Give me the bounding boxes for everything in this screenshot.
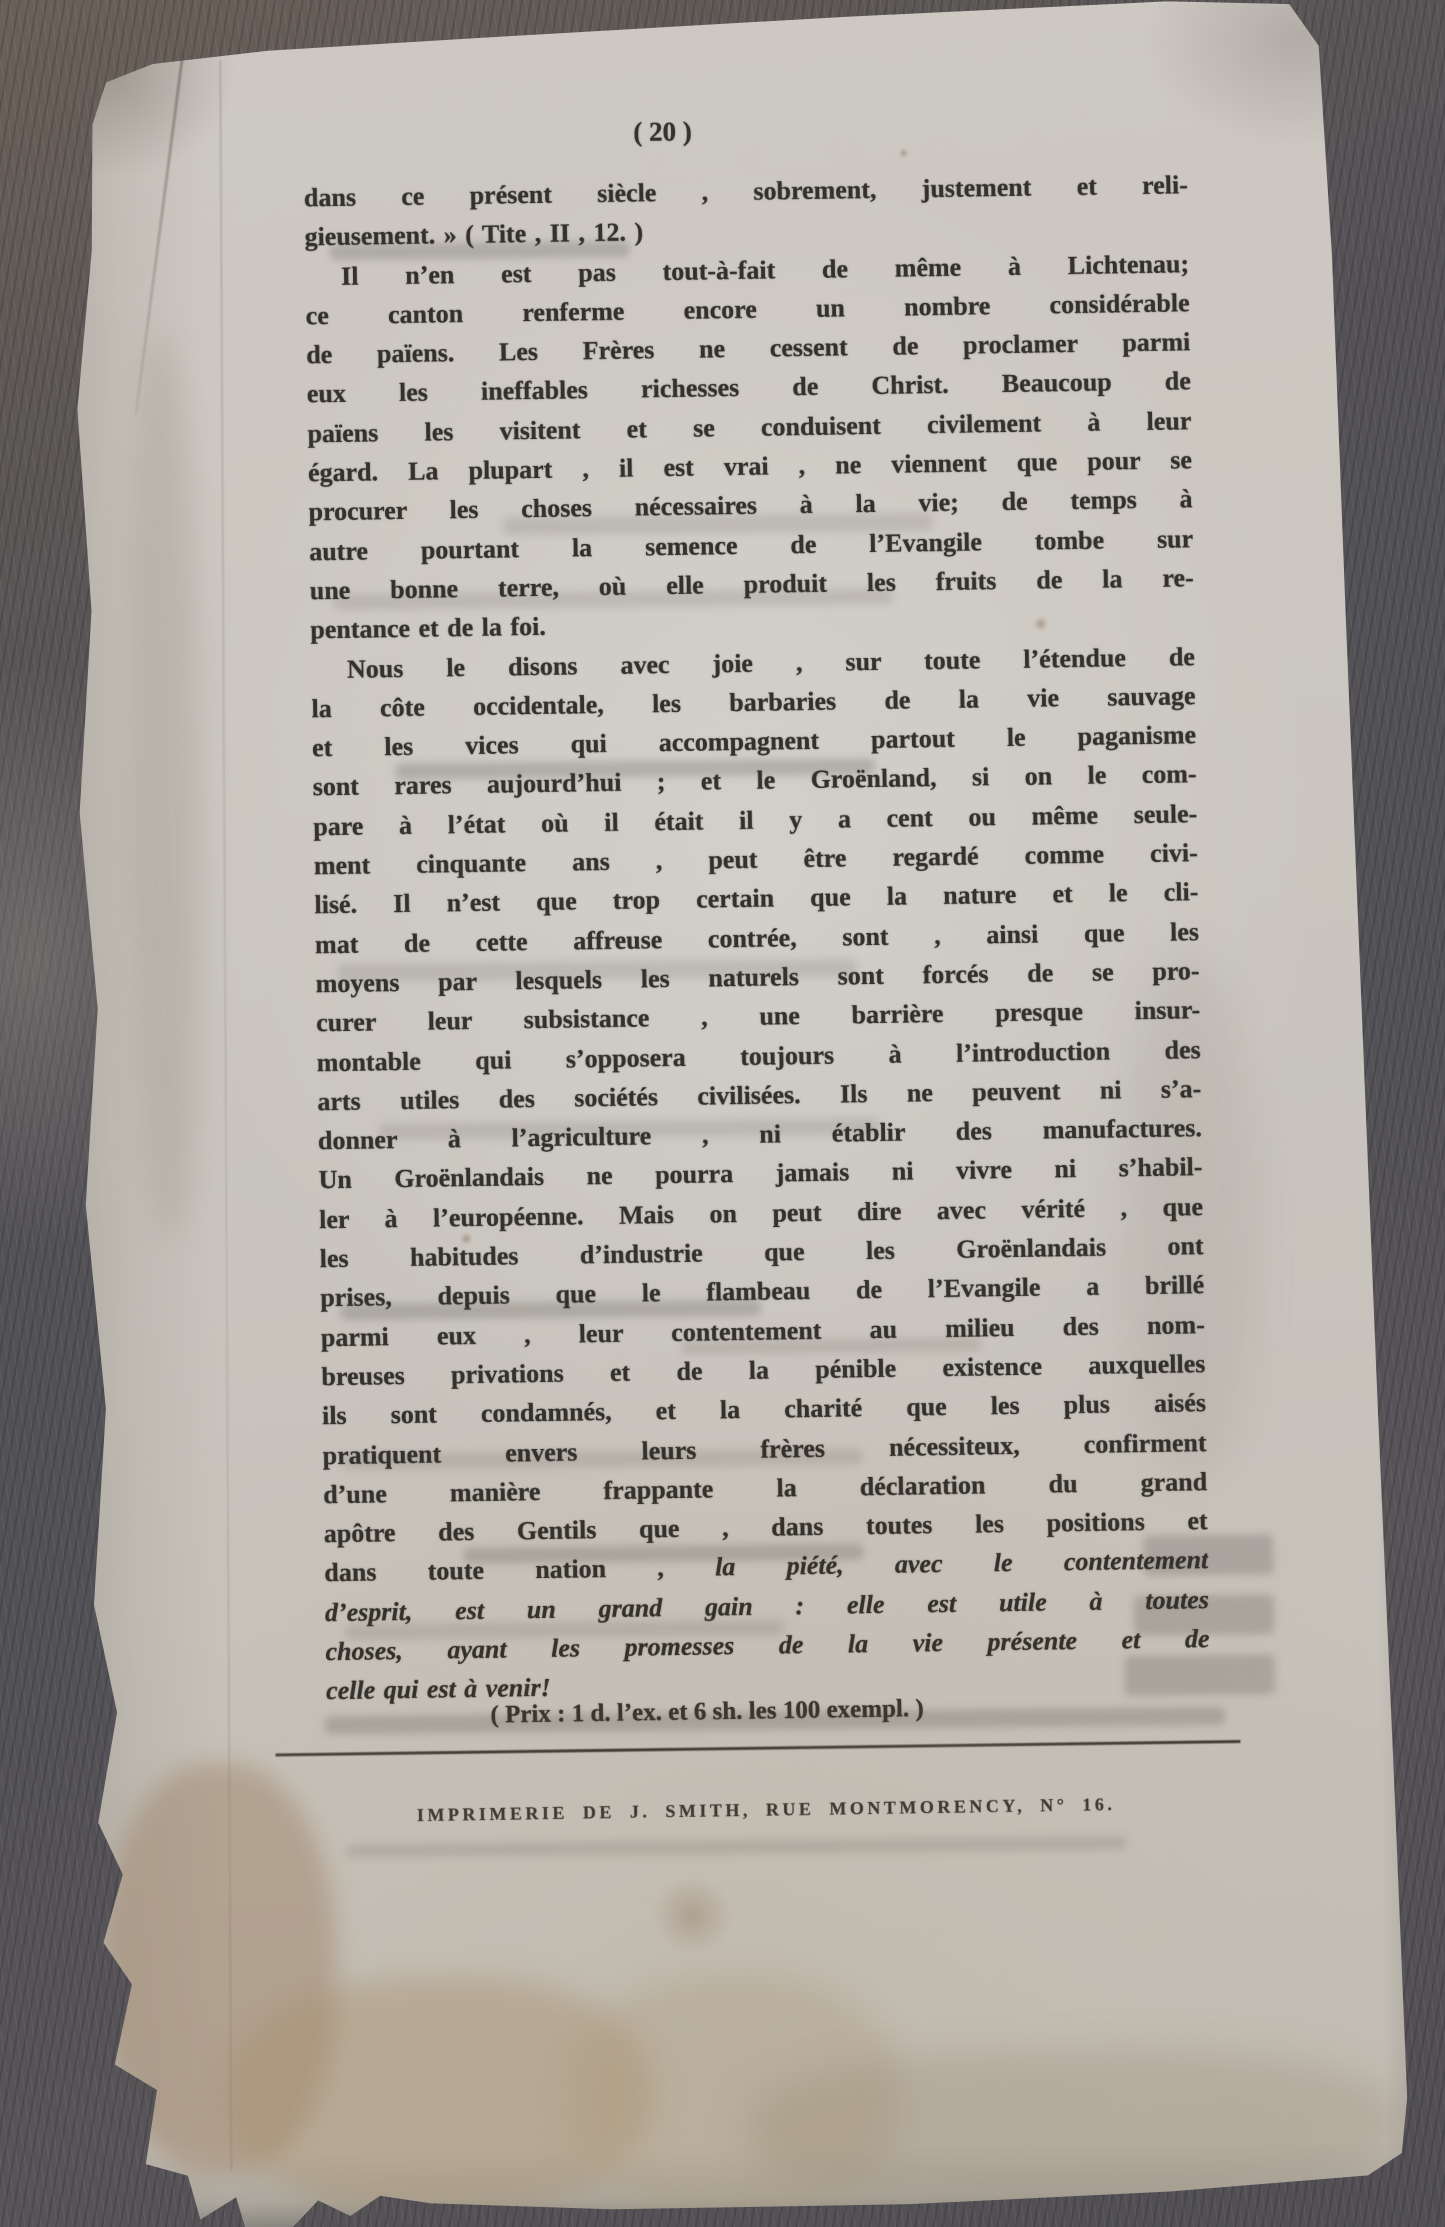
desk-surface: ( 20 ) dans ce présent siècle , sobremen… <box>0 0 1445 2227</box>
stain <box>126 336 205 1237</box>
italic-text: choses, ayant les promesses de la vie pr… <box>325 1624 1209 1666</box>
body-text-segment: dans ce présent siècle , sobrement, just… <box>304 170 1188 212</box>
foxing-spot <box>899 148 909 158</box>
page-number: ( 20 ) <box>220 112 1104 152</box>
footer-rule <box>276 1740 1241 1756</box>
printer-imprint: IMPRIMERIE DE J. SMITH, RUE MONTMORENCY,… <box>324 1793 1208 1828</box>
body-text: dans ce présent siècle , sobrement, just… <box>304 165 1211 1711</box>
body-text-segment: dans toute nation , <box>324 1553 715 1588</box>
document-page: ( 20 ) dans ce présent siècle , sobremen… <box>27 0 1430 2227</box>
stain <box>749 2048 1401 2205</box>
foxing-spot <box>647 1880 738 1951</box>
body-text-segment: pentance et de la foi. <box>310 612 546 644</box>
body-text-segment: gieusement. » ( Tite , II , 12. ) <box>304 218 643 252</box>
italic-text: la piété, avec le contentement <box>715 1545 1209 1581</box>
body-text-segment: une bonne terre, où elle produit les fru… <box>310 563 1194 605</box>
bleedthrough-smudge <box>346 1836 1126 1858</box>
